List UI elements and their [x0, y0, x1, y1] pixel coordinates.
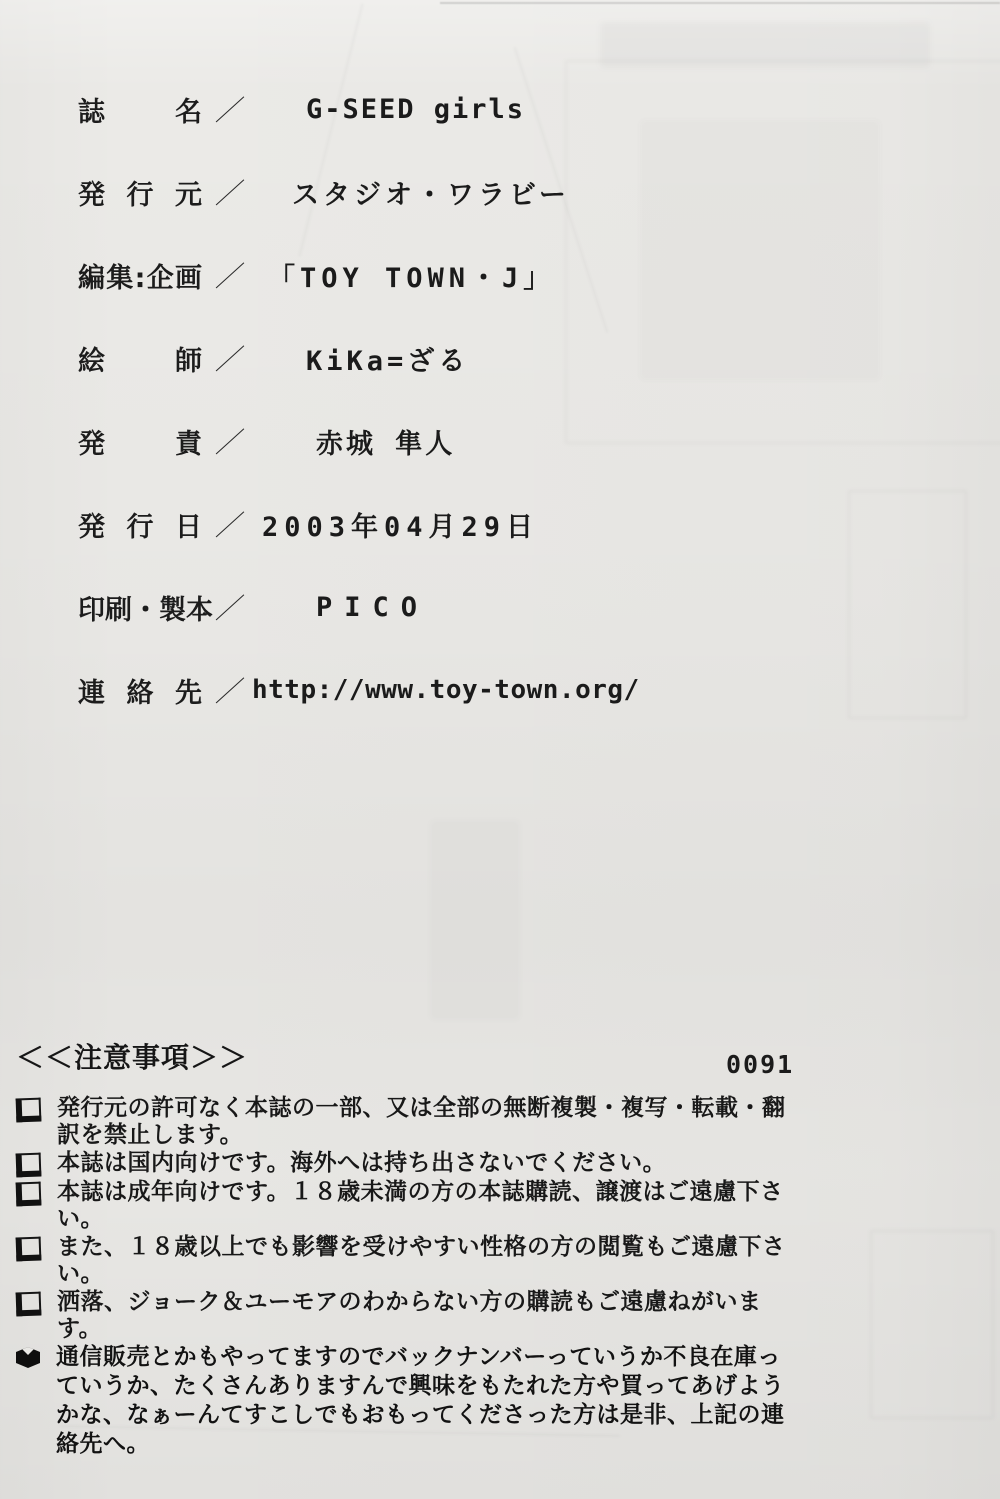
colophon-value-responsible: 赤城 隼人	[316, 422, 455, 461]
checkbox-outline-icon	[16, 1182, 42, 1207]
colophon-label: 発行日	[78, 505, 202, 544]
notice-item-text: 発行元の許可なく本誌の一部、又は全部の無断複製・複写・転載・翻訳を禁止します。	[57, 1094, 801, 1148]
slash-separator: ／	[214, 504, 252, 544]
scanned-colophon-page: { "colophon": { "separator": "／", "rows"…	[0, 0, 1000, 1499]
slash-separator: ／	[214, 89, 252, 129]
showthrough-artifact	[870, 1230, 994, 1419]
slash-separator: ／	[214, 172, 252, 212]
checkbox-outline-icon	[16, 1153, 42, 1178]
notice-list: 発行元の許可なく本誌の一部、又は全部の無断複製・複写・転載・翻訳を禁止します。 …	[16, 1094, 804, 1460]
notice-item: また、１８歳以上でも影響を受けやすい性格の方の閲覧もご遠慮下さい。	[16, 1233, 804, 1287]
scan-edge-artifact	[440, 2, 1000, 4]
slash-separator: ／	[214, 670, 252, 710]
colophon-label: 発行元	[78, 173, 202, 212]
notice-item-text: 洒落、ジョーク＆ユーモアのわからない方の購読もご遠慮ねがいます。	[57, 1288, 801, 1342]
notice-item: 発行元の許可なく本誌の一部、又は全部の無断複製・複写・転載・翻訳を禁止します。	[16, 1094, 804, 1148]
notice-item-text: 通信販売とかもやってますのでバックナンバーっていうか不良在庫っていうか、たくさん…	[56, 1343, 800, 1459]
colophon-value-title: G-SEED girls	[306, 94, 525, 125]
colophon-label: 印刷・製本	[78, 588, 202, 627]
showthrough-artifact	[430, 820, 520, 1020]
notice-item-text: 本誌は国内向けです。海外へは持ち出さないでください。	[57, 1149, 801, 1176]
checkbox-outline-icon	[16, 1237, 42, 1262]
colophon-value-printing: PICO	[316, 592, 429, 623]
colophon-value-editing: 「TOY TOWN・J」	[268, 256, 555, 295]
notice-item-text: また、１８歳以上でも影響を受けやすい性格の方の閲覧もご遠慮下さい。	[57, 1233, 801, 1287]
slash-separator: ／	[214, 587, 252, 627]
showthrough-artifact	[600, 22, 930, 68]
colophon-row-responsible: 発責 ／ 赤城 隼人	[78, 424, 640, 458]
slash-separator: ／	[214, 421, 252, 461]
colophon-value-artist: KiKa=ざる	[306, 339, 469, 378]
notice-item: 本誌は国内向けです。海外へは持ち出さないでください。	[16, 1149, 804, 1177]
colophon-value-date: 2003年04月29日	[262, 505, 539, 544]
colophon-row-editing: 編集:企画 ／ 「TOY TOWN・J」	[78, 258, 640, 292]
notice-heading: ＜＜注意事項＞＞	[16, 1036, 248, 1076]
checkbox-outline-icon	[16, 1098, 42, 1123]
notice-item: 本誌は成年向けです。１８歳未満の方の本誌購読、譲渡はご遠慮下さい。	[16, 1178, 804, 1232]
colophon-row-title: 誌名 ／ G-SEED girls	[78, 92, 640, 126]
slash-separator: ／	[214, 255, 252, 295]
notice-item: 洒落、ジョーク＆ユーモアのわからない方の購読もご遠慮ねがいます。	[16, 1288, 804, 1342]
colophon-label: 絵師	[78, 339, 202, 378]
colophon-row-date: 発行日 ／ 2003年04月29日	[78, 507, 640, 541]
page-number: 0091	[726, 1050, 794, 1079]
colophon-row-contact: 連絡先 ／ http://www.toy-town.org/	[78, 673, 640, 707]
colophon-row-printing: 印刷・製本 ／ PICO	[78, 590, 640, 624]
colophon-label: 連絡先	[78, 671, 202, 710]
colophon-value-publisher: スタジオ・ワラビー	[292, 173, 570, 212]
colophon-label: 編集:企画	[78, 256, 202, 295]
cube-solid-icon	[16, 1347, 40, 1368]
colophon-credits: 誌名 ／ G-SEED girls 発行元 ／ スタジオ・ワラビー 編集:企画 …	[78, 92, 640, 707]
colophon-label: 誌名	[78, 90, 202, 129]
notice-item-mailorder: 通信販売とかもやってますのでバックナンバーっていうか不良在庫っていうか、たくさん…	[16, 1343, 804, 1459]
showthrough-artifact	[848, 490, 967, 719]
colophon-row-publisher: 発行元 ／ スタジオ・ワラビー	[78, 175, 640, 209]
checkbox-outline-icon	[16, 1292, 42, 1317]
slash-separator: ／	[214, 338, 252, 378]
colophon-value-contact-url: http://www.toy-town.org/	[252, 675, 640, 705]
colophon-label: 発責	[78, 422, 202, 461]
showthrough-artifact	[640, 120, 880, 380]
colophon-row-artist: 絵師 ／ KiKa=ざる	[78, 341, 640, 375]
notice-item-text: 本誌は成年向けです。１８歳未満の方の本誌購読、譲渡はご遠慮下さい。	[57, 1178, 801, 1232]
